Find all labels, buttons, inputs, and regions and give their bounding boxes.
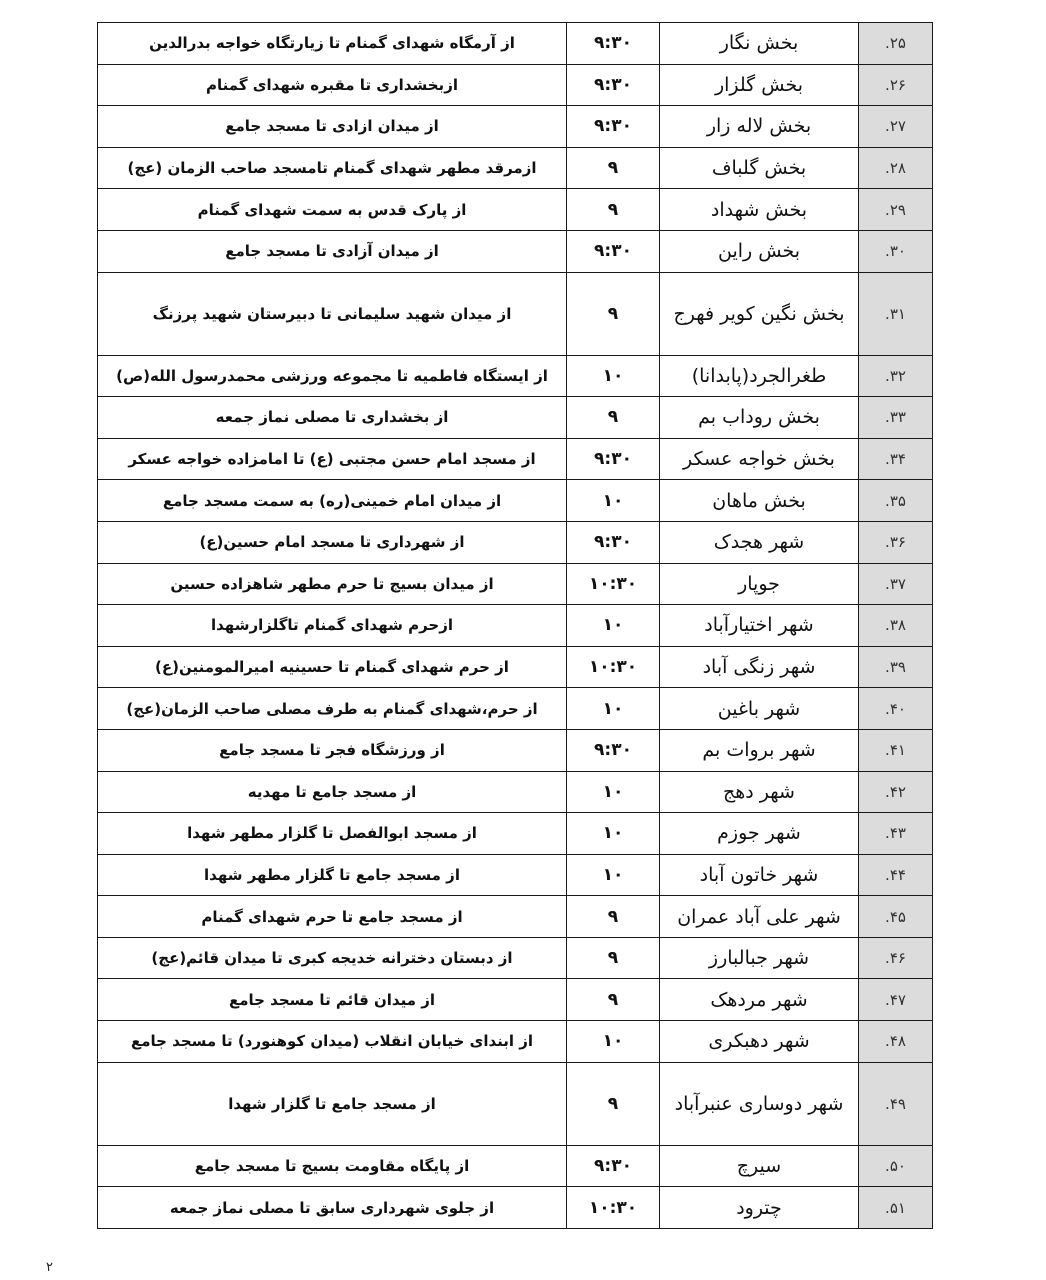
table-row: ۴۴. شهر خاتون آباد ۱۰ از مسجد جامع تا گل… xyxy=(98,854,933,896)
row-number: ۳۰. xyxy=(859,230,933,272)
route-description: ازحرم شهدای گمنام تاگلزارشهدا xyxy=(98,605,567,647)
row-number: ۴۸. xyxy=(859,1021,933,1063)
start-time: ۹:۳۰ xyxy=(567,438,660,480)
location-name: بخش راین xyxy=(660,230,859,272)
row-number: ۳۸. xyxy=(859,605,933,647)
start-time: ۹ xyxy=(567,1062,660,1145)
start-time: ۱۰:۳۰ xyxy=(567,646,660,688)
location-name: شهر باغین xyxy=(660,688,859,730)
start-time: ۹ xyxy=(567,896,660,938)
route-description: از جلوی شهرداری سابق تا مصلی نماز جمعه xyxy=(98,1187,567,1229)
location-name: شهر جوزم xyxy=(660,813,859,855)
table-row: ۲۹. بخش شهداد ۹ از پارک قدس به سمت شهدای… xyxy=(98,189,933,231)
row-number: ۳۳. xyxy=(859,397,933,439)
route-description: از مسجد جامع تا گلزار شهدا xyxy=(98,1062,567,1145)
table-row: ۴۷. شهر مردهک ۹ از میدان قائم تا مسجد جا… xyxy=(98,979,933,1021)
row-number: ۳۹. xyxy=(859,646,933,688)
start-time: ۱۰ xyxy=(567,688,660,730)
route-description: ازمرقد مطهر شهدای گمنام تامسجد صاحب الزم… xyxy=(98,147,567,189)
row-number: ۴۲. xyxy=(859,771,933,813)
table-row: ۲۸. بخش گلباف ۹ ازمرقد مطهر شهدای گمنام … xyxy=(98,147,933,189)
location-name: بخش شهداد xyxy=(660,189,859,231)
table-row: ۵۱. چترود ۱۰:۳۰ از جلوی شهرداری سابق تا … xyxy=(98,1187,933,1229)
start-time: ۹ xyxy=(567,272,660,355)
start-time: ۹ xyxy=(567,147,660,189)
start-time: ۱۰ xyxy=(567,854,660,896)
row-number: ۳۷. xyxy=(859,563,933,605)
table-row: ۴۹. شهر دوساری عنبرآباد ۹ از مسجد جامع ت… xyxy=(98,1062,933,1145)
route-description: از میدان ازادی تا مسجد جامع xyxy=(98,106,567,148)
table-row: ۲۵. بخش نگار ۹:۳۰ از آرمگاه شهدای گمنام … xyxy=(98,23,933,65)
row-number: ۴۷. xyxy=(859,979,933,1021)
row-number: ۲۷. xyxy=(859,106,933,148)
location-name: شهر هجدک xyxy=(660,521,859,563)
location-name: شهر جبالبارز xyxy=(660,937,859,979)
location-name: شهر دهج xyxy=(660,771,859,813)
table-row: ۴۵. شهر علی آباد عمران ۹ از مسجد جامع تا… xyxy=(98,896,933,938)
table-row: ۳۷. جوپار ۱۰:۳۰ از میدان بسیج تا حرم مطه… xyxy=(98,563,933,605)
route-description: از ورزشگاه فجر تا مسجد جامع xyxy=(98,729,567,771)
location-name: شهر زنگی آباد xyxy=(660,646,859,688)
table-row: ۴۰. شهر باغین ۱۰ از حرم،شهدای گمنام به ط… xyxy=(98,688,933,730)
start-time: ۹ xyxy=(567,937,660,979)
start-time: ۱۰ xyxy=(567,605,660,647)
route-description: از میدان قائم تا مسجد جامع xyxy=(98,979,567,1021)
route-description: از مسجد جامع تا گلزار مطهر شهدا xyxy=(98,854,567,896)
row-number: ۳۴. xyxy=(859,438,933,480)
location-name: بخش لاله زار xyxy=(660,106,859,148)
table-row: ۳۹. شهر زنگی آباد ۱۰:۳۰ از حرم شهدای گمن… xyxy=(98,646,933,688)
start-time: ۱۰ xyxy=(567,771,660,813)
location-name: شهر دوساری عنبرآباد xyxy=(660,1062,859,1145)
route-description: از مسجد جامع تا حرم شهدای گمنام xyxy=(98,896,567,938)
start-time: ۱۰ xyxy=(567,813,660,855)
location-name: طغرالجرد(پابدانا) xyxy=(660,355,859,397)
table-row: ۳۰. بخش راین ۹:۳۰ از میدان آزادی تا مسجد… xyxy=(98,230,933,272)
table-row: ۳۸. شهر اختیارآباد ۱۰ ازحرم شهدای گمنام … xyxy=(98,605,933,647)
location-name: بخش گلباف xyxy=(660,147,859,189)
start-time: ۹ xyxy=(567,979,660,1021)
table-row: ۳۲. طغرالجرد(پابدانا) ۱۰ از ایستگاه فاطم… xyxy=(98,355,933,397)
row-number: ۳۱. xyxy=(859,272,933,355)
row-number: ۵۰. xyxy=(859,1145,933,1187)
table-row: ۴۸. شهر دهبکری ۱۰ از ابندای خیابان انقلا… xyxy=(98,1021,933,1063)
start-time: ۹:۳۰ xyxy=(567,230,660,272)
row-number: ۴۱. xyxy=(859,729,933,771)
start-time: ۹:۳۰ xyxy=(567,23,660,65)
row-number: ۲۵. xyxy=(859,23,933,65)
route-description: از آرمگاه شهدای گمنام تا زیارتگاه خواجه … xyxy=(98,23,567,65)
route-description: از حرم،شهدای گمنام به طرف مصلی صاحب الزم… xyxy=(98,688,567,730)
location-name: چترود xyxy=(660,1187,859,1229)
page-number: ۲ xyxy=(46,1260,53,1275)
start-time: ۱۰:۳۰ xyxy=(567,563,660,605)
route-description: از میدان آزادی تا مسجد جامع xyxy=(98,230,567,272)
location-name: شهر مردهک xyxy=(660,979,859,1021)
start-time: ۱۰:۳۰ xyxy=(567,1187,660,1229)
start-time: ۹:۳۰ xyxy=(567,729,660,771)
start-time: ۱۰ xyxy=(567,480,660,522)
start-time: ۹:۳۰ xyxy=(567,64,660,106)
table-row: ۳۱. بخش نگین کویر فهرج ۹ از میدان شهید س… xyxy=(98,272,933,355)
row-number: ۴۰. xyxy=(859,688,933,730)
route-description: از مسجد ابوالفصل تا گلزار مطهر شهدا xyxy=(98,813,567,855)
row-number: ۳۵. xyxy=(859,480,933,522)
row-number: ۴۴. xyxy=(859,854,933,896)
table-row: ۴۱. شهر بروات بم ۹:۳۰ از ورزشگاه فجر تا … xyxy=(98,729,933,771)
route-description: از ابندای خیابان انقلاب (میدان کوهنورد) … xyxy=(98,1021,567,1063)
route-description: از حرم شهدای گمنام تا حسینیه امیرالمومنی… xyxy=(98,646,567,688)
location-name: بخش خواجه عسکر xyxy=(660,438,859,480)
start-time: ۹:۳۰ xyxy=(567,521,660,563)
route-description: از ایستگاه فاطمیه تا مجموعه ورزشی محمدرس… xyxy=(98,355,567,397)
march-routes-table: ۲۵. بخش نگار ۹:۳۰ از آرمگاه شهدای گمنام … xyxy=(97,22,933,1229)
table-row: ۳۴. بخش خواجه عسکر ۹:۳۰ از مسجد امام حسن… xyxy=(98,438,933,480)
location-name: بخش نگین کویر فهرج xyxy=(660,272,859,355)
row-number: ۵۱. xyxy=(859,1187,933,1229)
row-number: ۴۵. xyxy=(859,896,933,938)
table-row: ۳۶. شهر هجدک ۹:۳۰ از شهرداری تا مسجد اما… xyxy=(98,521,933,563)
table-row: ۳۵. بخش ماهان ۱۰ از میدان امام خمینی(ره)… xyxy=(98,480,933,522)
location-name: بخش نگار xyxy=(660,23,859,65)
start-time: ۹ xyxy=(567,189,660,231)
route-description: از بخشداری تا مصلی نماز جمعه xyxy=(98,397,567,439)
row-number: ۳۶. xyxy=(859,521,933,563)
row-number: ۲۶. xyxy=(859,64,933,106)
route-description: از پایگاه مقاومت بسیج تا مسجد جامع xyxy=(98,1145,567,1187)
start-time: ۱۰ xyxy=(567,355,660,397)
route-description: از شهرداری تا مسجد امام حسین(ع) xyxy=(98,521,567,563)
location-name: بخش روداب بم xyxy=(660,397,859,439)
route-description: ازبخشداری تا مقبره شهدای گمنام xyxy=(98,64,567,106)
route-description: از میدان شهید سلیمانی تا دبیرستان شهید پ… xyxy=(98,272,567,355)
table-row: ۳۳. بخش روداب بم ۹ از بخشداری تا مصلی نم… xyxy=(98,397,933,439)
start-time: ۹:۳۰ xyxy=(567,1145,660,1187)
row-number: ۴۳. xyxy=(859,813,933,855)
start-time: ۹ xyxy=(567,397,660,439)
route-description: از مسجد جامع تا مهدیه xyxy=(98,771,567,813)
location-name: بخش گلزار xyxy=(660,64,859,106)
location-name: شهر دهبکری xyxy=(660,1021,859,1063)
location-name: بخش ماهان xyxy=(660,480,859,522)
table-row: ۲۷. بخش لاله زار ۹:۳۰ از میدان ازادی تا … xyxy=(98,106,933,148)
start-time: ۹:۳۰ xyxy=(567,106,660,148)
table-row: ۴۳. شهر جوزم ۱۰ از مسجد ابوالفصل تا گلزا… xyxy=(98,813,933,855)
row-number: ۴۹. xyxy=(859,1062,933,1145)
route-description: از مسجد امام حسن مجتبی (ع) تا امامزاده خ… xyxy=(98,438,567,480)
table-row: ۴۲. شهر دهج ۱۰ از مسجد جامع تا مهدیه xyxy=(98,771,933,813)
route-description: از میدان امام خمینی(ره) به سمت مسجد جامع xyxy=(98,480,567,522)
row-number: ۳۲. xyxy=(859,355,933,397)
table-body: ۲۵. بخش نگار ۹:۳۰ از آرمگاه شهدای گمنام … xyxy=(98,23,933,1229)
start-time: ۱۰ xyxy=(567,1021,660,1063)
location-name: شهر علی آباد عمران xyxy=(660,896,859,938)
route-description: از پارک قدس به سمت شهدای گمنام xyxy=(98,189,567,231)
row-number: ۲۹. xyxy=(859,189,933,231)
row-number: ۲۸. xyxy=(859,147,933,189)
table-row: ۵۰. سیرچ ۹:۳۰ از پایگاه مقاومت بسیج تا م… xyxy=(98,1145,933,1187)
location-name: جوپار xyxy=(660,563,859,605)
location-name: شهر اختیارآباد xyxy=(660,605,859,647)
location-name: شهر بروات بم xyxy=(660,729,859,771)
route-description: از دبستان دخترانه خدیجه کبری تا میدان قا… xyxy=(98,937,567,979)
route-description: از میدان بسیج تا حرم مطهر شاهزاده حسین xyxy=(98,563,567,605)
location-name: شهر خاتون آباد xyxy=(660,854,859,896)
table-row: ۲۶. بخش گلزار ۹:۳۰ ازبخشداری تا مقبره شه… xyxy=(98,64,933,106)
row-number: ۴۶. xyxy=(859,937,933,979)
location-name: سیرچ xyxy=(660,1145,859,1187)
table-row: ۴۶. شهر جبالبارز ۹ از دبستان دخترانه خدی… xyxy=(98,937,933,979)
